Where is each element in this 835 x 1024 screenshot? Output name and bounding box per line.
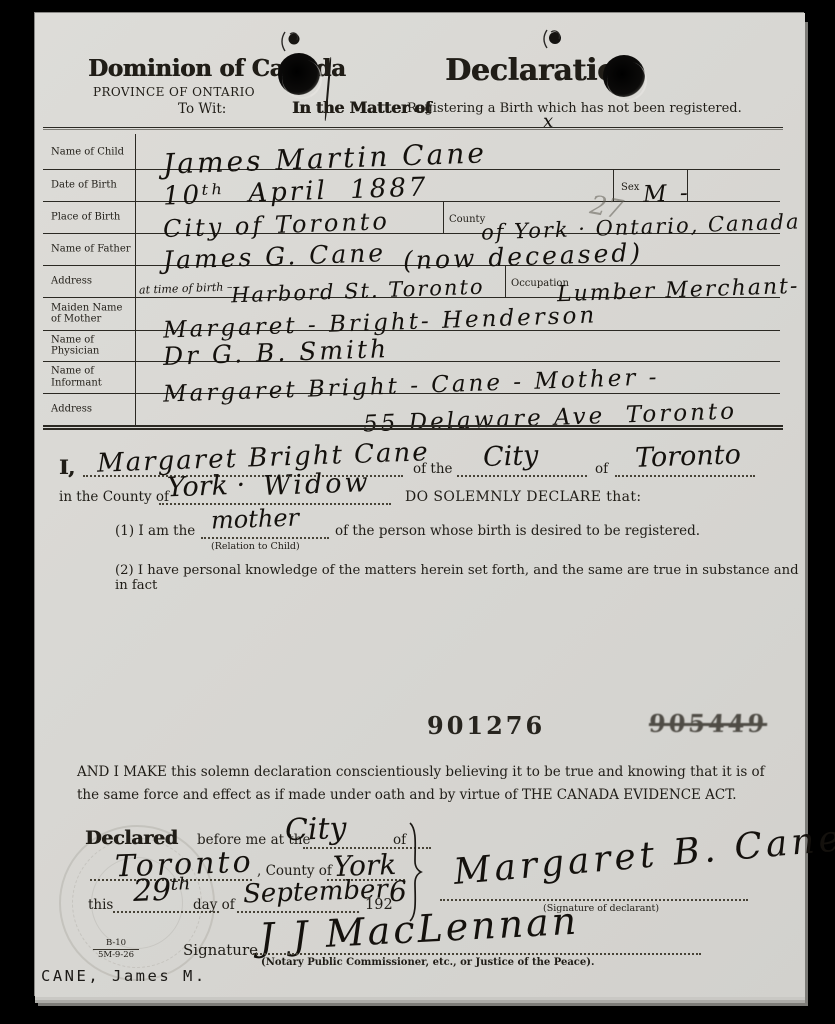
declarant-signature: Margaret B. Cane [452, 818, 835, 893]
table-row: Address at time of birth – Harbord St. T… [43, 265, 780, 298]
dotted-line [440, 899, 748, 901]
notary-caption: (Notary Public Commissioner, etc., or Ju… [261, 957, 594, 968]
sex-box-divider [687, 169, 688, 201]
handwritten-check-mark: x [543, 111, 554, 132]
this-label: this [88, 897, 113, 913]
county-value: York · [166, 470, 245, 504]
dotted-line [615, 475, 755, 477]
table-row: Place of Birth City of Toronto County of… [43, 201, 780, 234]
notary-signature: J J MacLennan [258, 899, 580, 960]
attestation-city-value: City [284, 811, 347, 848]
form-code-bottom: 5M-9-26 [93, 949, 139, 961]
fastener-mark-icon [540, 27, 566, 53]
field-label: Name of Physician [51, 334, 135, 357]
dotted-line [253, 953, 701, 955]
index-name: CANE, James M. [41, 967, 207, 985]
table-row: Name of Physician Dr G. B. Smith [43, 330, 780, 362]
form-code-top: B-10 [93, 938, 139, 949]
of-the-label: of the [413, 461, 453, 477]
cancelled-number-stamp: 905449 [648, 709, 768, 738]
year-digit-value: 6 [388, 875, 407, 909]
table-bottom-rule [43, 425, 783, 427]
dotted-line [201, 537, 329, 539]
declared-label: Declared [85, 827, 178, 849]
item1-prefix: (1) I am the [115, 523, 195, 539]
punch-hole [603, 55, 645, 97]
punch-hole [278, 53, 320, 95]
sex-label: Sex [621, 182, 639, 193]
field-label: Address [51, 403, 135, 415]
to-wit-label: To Wit: [178, 101, 226, 117]
field-label: Place of Birth [51, 211, 135, 223]
of-label: of [595, 461, 608, 477]
field-label: Maiden Name of Mother [51, 302, 135, 325]
table-row: Maiden Name of Mother Margaret - Bright-… [43, 297, 780, 331]
address-prefix: at time of birth – [139, 280, 233, 296]
fastener-mark-icon [279, 29, 305, 55]
form-code: B-10 5M-9-26 [93, 938, 139, 960]
signature-label: Signature [183, 941, 258, 959]
field-label: Name of Father [51, 243, 135, 255]
item1-suffix: of the person whose birth is desired to … [335, 523, 700, 539]
day-of-label: day of [193, 897, 235, 913]
field-label: Date of Birth [51, 179, 135, 191]
paper-sheet: Dominion of Canada PROVINCE OF ONTARIO T… [35, 13, 805, 997]
scanned-document: Dominion of Canada PROVINCE OF ONTARIO T… [0, 0, 835, 1024]
place-value: Toronto [634, 439, 741, 474]
table-row: Name of Child James Martin Cane [43, 134, 780, 170]
attestation-of-label: of [393, 832, 406, 848]
province-subtitle: PROVINCE OF ONTARIO [93, 85, 255, 99]
informant-address-value: 55 Delaware Ave Toronto [363, 398, 738, 437]
day-value: 29ᵗʰ [132, 872, 192, 909]
solemn-declare-label: DO SOLEMNLY DECLARE that: [405, 489, 642, 505]
table-row: Name of Father James G. Cane (now deceas… [43, 233, 780, 266]
field-label: Address [51, 275, 135, 287]
header-rule [43, 127, 783, 128]
field-label: Name of Informant [51, 366, 135, 389]
county-prefix-label: in the County of [59, 489, 169, 505]
matter-text: Registering a Birth which has not been r… [407, 101, 742, 116]
table-row: Name of Informant Margaret Bright - Cane… [43, 361, 780, 394]
occupation-box-divider [505, 265, 506, 297]
dotted-line [457, 475, 587, 477]
item2-text: (2) I have personal knowledge of the mat… [115, 563, 805, 593]
declaration-i: I, [59, 455, 75, 479]
relation-caption: (Relation to Child) [211, 541, 300, 552]
relation-value: mother [211, 503, 300, 534]
status-value: Widow [262, 467, 371, 502]
table-row: Address 55 Delaware Ave Toronto [43, 393, 780, 426]
city-value: City [482, 440, 538, 473]
field-label: Name of Child [51, 146, 135, 158]
table-row: Date of Birth 10ᵗʰ April 1887 Sex M - [43, 169, 780, 202]
county-box-divider [443, 201, 444, 233]
pencil-annotation: 27 [588, 190, 626, 225]
registration-number-stamp: 901276 [427, 711, 545, 740]
oath-paragraph: AND I MAKE this solemn declaration consc… [77, 761, 777, 807]
